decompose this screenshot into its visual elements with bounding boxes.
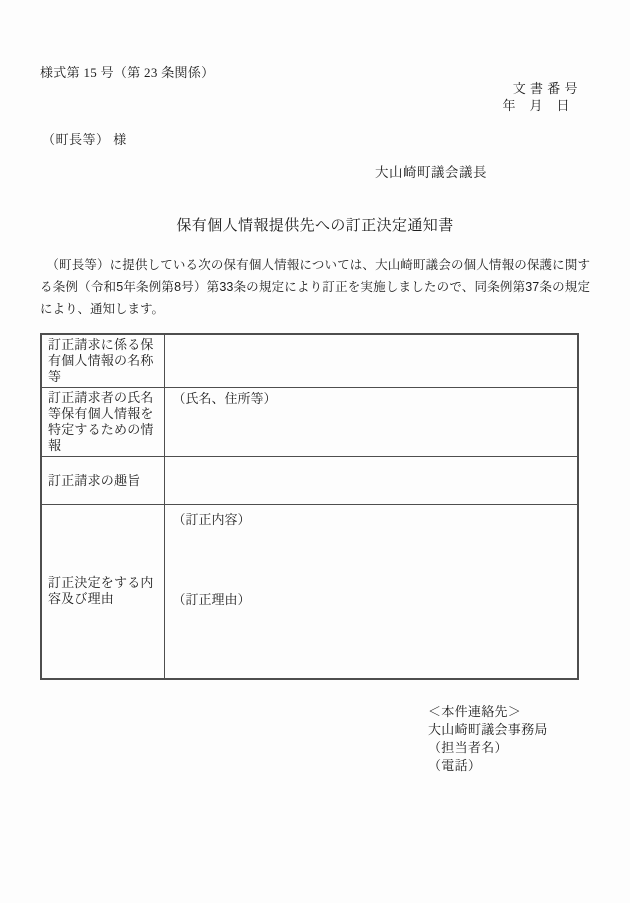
document-title: 保有個人情報提供先への訂正決定通知書	[0, 214, 630, 235]
correction-content-label: （訂正内容）	[173, 508, 570, 528]
contact-phone: （電話）	[428, 757, 548, 775]
correction-form-table: 訂正請求に係る保有個人情報の名称等 訂正請求者の氏名等保有個人情報を特定するため…	[40, 333, 579, 680]
body-paragraph: （町長等）に提供している次の保有個人情報については、大山崎町議会の個人情報の保護…	[40, 254, 590, 320]
row-label-requester-identity: 訂正請求者の氏名等保有個人情報を特定するための情報	[41, 388, 164, 457]
row-label-information-name: 訂正請求に係る保有個人情報の名称等	[41, 334, 164, 388]
document-number-label: 文 書 番 号	[502, 80, 578, 97]
table-row-requester-identity: 訂正請求者の氏名等保有個人情報を特定するための情報 （氏名、住所等）	[41, 388, 578, 457]
sender-title: 大山崎町議会議長	[375, 161, 487, 181]
contact-person: （担当者名）	[428, 739, 548, 757]
row-value-information-name	[164, 334, 578, 388]
row-value-requester-identity: （氏名、住所等）	[164, 388, 578, 457]
table-row-request-purpose: 訂正請求の趣旨	[41, 457, 578, 505]
document-page: 様式第 15 号（第 23 条関係） 文 書 番 号 年 月 日 （町長等） 様…	[0, 0, 630, 903]
row-value-decision-content: （訂正内容） （訂正理由）	[164, 505, 578, 679]
footer-contact-block: ＜本件連絡先＞ 大山崎町議会事務局 （担当者名） （電話）	[428, 703, 548, 775]
contact-header: ＜本件連絡先＞	[428, 703, 548, 721]
table-row-information-name: 訂正請求に係る保有個人情報の名称等	[41, 334, 578, 388]
row-value-request-purpose	[164, 457, 578, 505]
addressee: （町長等） 様	[42, 129, 127, 148]
form-number: 様式第 15 号（第 23 条関係）	[40, 62, 214, 81]
row-label-request-purpose: 訂正請求の趣旨	[41, 457, 164, 505]
table-row-decision-content: 訂正決定をする内容及び理由 （訂正内容） （訂正理由）	[41, 505, 578, 679]
correction-reason-label: （訂正理由）	[173, 592, 570, 608]
date-label: 年 月 日	[502, 97, 578, 114]
contact-office: 大山崎町議会事務局	[428, 721, 548, 739]
row-label-decision-content: 訂正決定をする内容及び理由	[41, 505, 164, 679]
document-number-block: 文 書 番 号 年 月 日	[502, 80, 578, 114]
